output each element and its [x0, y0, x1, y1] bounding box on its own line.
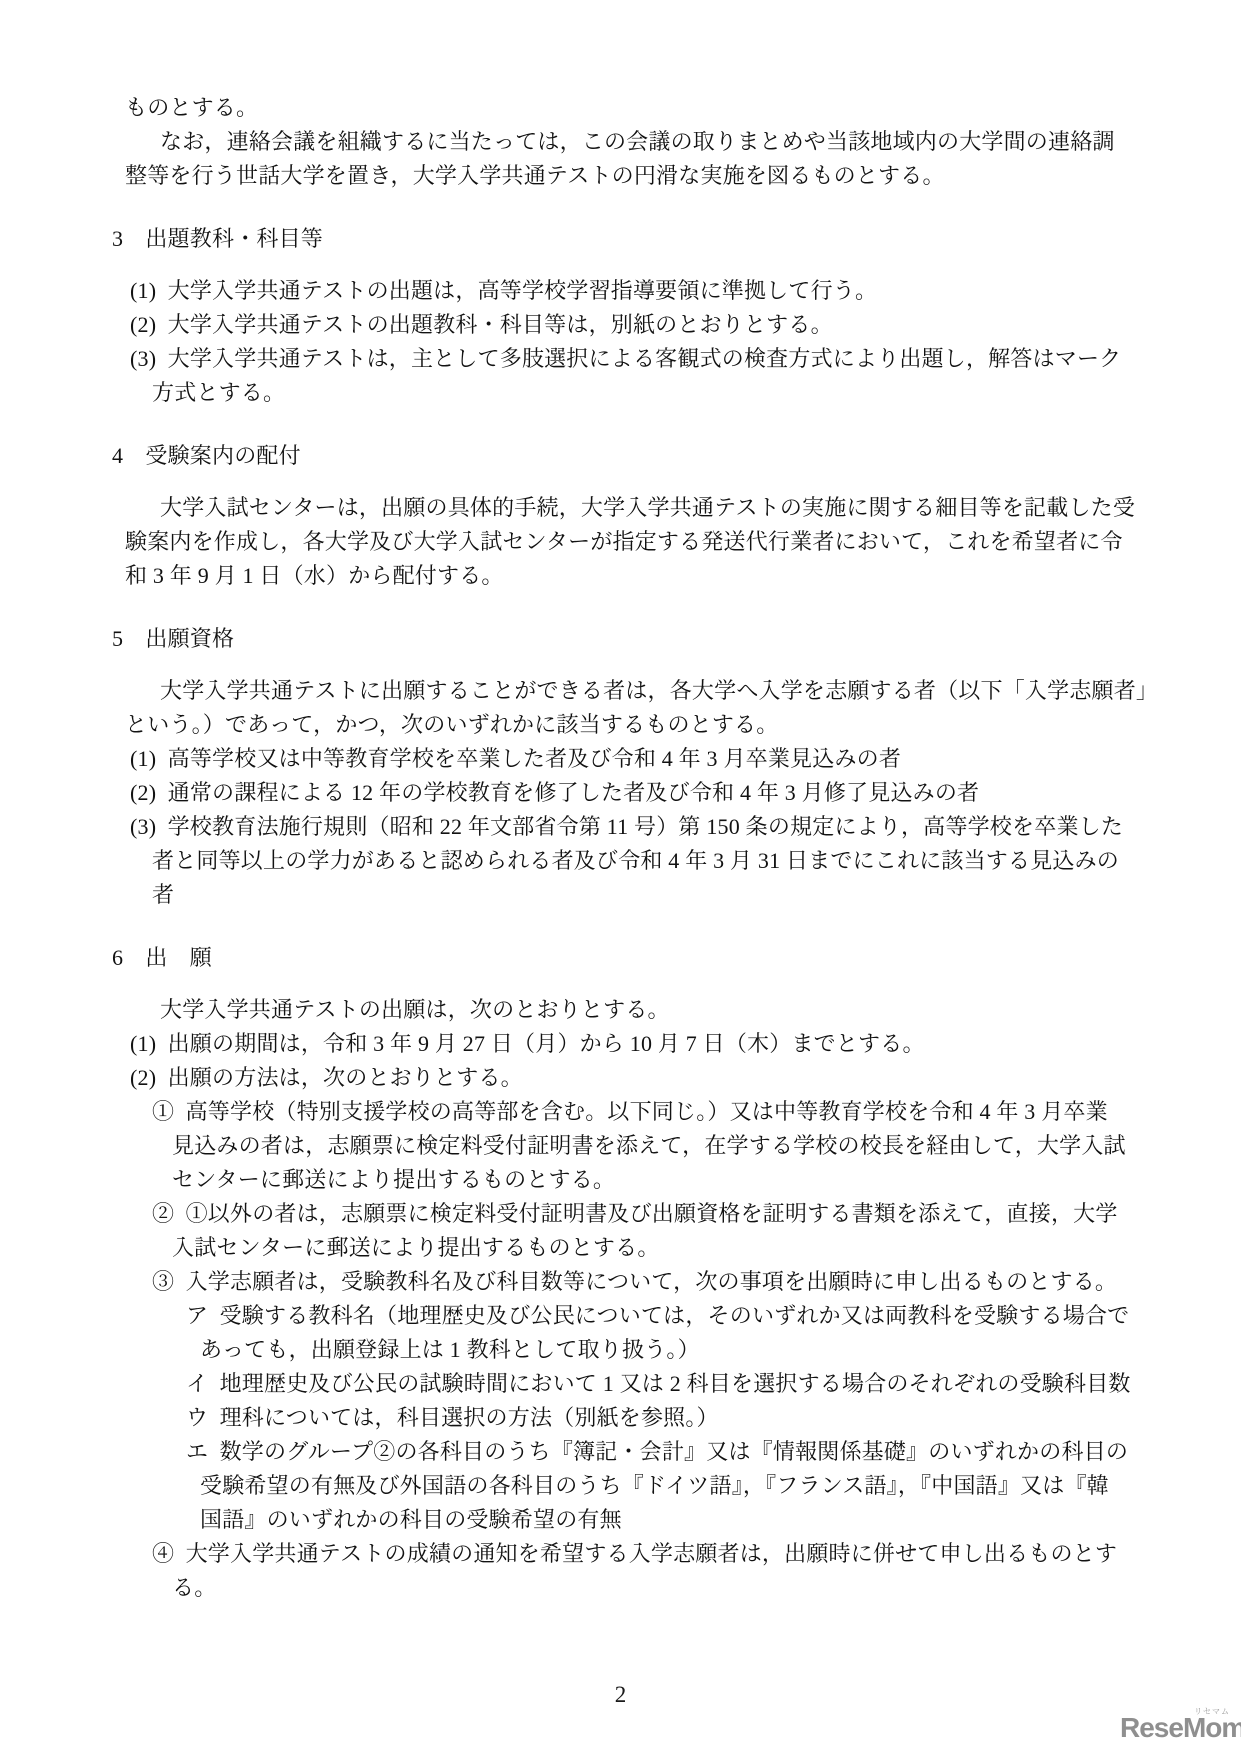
paragraph-continuation: 整等を行う世話大学を置き，大学入学共通テストの円滑な実施を図るものとする。	[0, 159, 1241, 193]
list-item-continuation: センターに郵送により提出するものとする。	[0, 1163, 1241, 1197]
list-item-continuation: 者	[0, 878, 1241, 912]
list-item: ③ 入学志願者は，受験教科名及び科目数等について，次の事項を出願時に申し出るもの…	[0, 1265, 1241, 1299]
list-item-continuation: る。	[0, 1571, 1241, 1605]
list-item: (2) 通常の課程による 12 年の学校教育を修了した者及び令和 4 年 3 月…	[0, 776, 1241, 810]
resemom-watermark: リセマム ReseMom.	[1120, 1704, 1238, 1752]
paragraph-continuation: 和 3 年 9 月 1 日（水）から配付する。	[0, 559, 1241, 593]
list-item-continuation: 方式とする。	[0, 376, 1241, 410]
list-item: ア 受験する教科名（地理歴史及び公民については，そのいずれか又は両教科を受験する…	[0, 1299, 1241, 1333]
list-item: (1) 高等学校又は中等教育学校を卒業した者及び令和 4 年 3 月卒業見込みの…	[0, 742, 1241, 776]
list-item: (2) 大学入学共通テストの出題教科・科目等は，別紙のとおりとする。	[0, 308, 1241, 342]
list-item: (1) 大学入学共通テストの出題は，高等学校学習指導要領に準拠して行う。	[0, 274, 1241, 308]
list-item: (3) 学校教育法施行規則（昭和 22 年文部省令第 11 号）第 150 条の…	[0, 810, 1241, 844]
document-body: ものとする。なお，連絡会議を組織するに当たっては，この会議の取りまとめや当該地域…	[0, 91, 1241, 1605]
list-item: (3) 大学入学共通テストは，主として多肢選択による客観式の検査方式により出題し…	[0, 342, 1241, 376]
list-item: (2) 出願の方法は，次のとおりとする。	[0, 1061, 1241, 1095]
paragraph-line: 大学入学共通テストに出願することができる者は，各大学へ入学を志願する者（以下「入…	[0, 674, 1241, 708]
list-item: ② ①以外の者は，志願票に検定料受付証明書及び出願資格を証明する書類を添えて，直…	[0, 1197, 1241, 1231]
list-item: (1) 出願の期間は，令和 3 年 9 月 27 日（月）から 10 月 7 日…	[0, 1027, 1241, 1061]
paragraph-line: 大学入学共通テストの出願は，次のとおりとする。	[0, 993, 1241, 1027]
paragraph-continuation: 験案内を作成し，各大学及び大学入試センターが指定する発送代行業者において，これを…	[0, 525, 1241, 559]
resemom-watermark-ruby: リセマム	[1194, 1706, 1230, 1717]
page-number: 2	[0, 1680, 1241, 1710]
section-heading: 3 出題教科・科目等	[0, 222, 1241, 256]
list-item-continuation: 者と同等以上の学力があると認められる者及び令和 4 年 3 月 31 日までにこ…	[0, 844, 1241, 878]
section-heading: 5 出願資格	[0, 622, 1241, 656]
list-item-continuation: 受験希望の有無及び外国語の各科目のうち『ドイツ語』，『フランス語』，『中国語』又…	[0, 1469, 1241, 1503]
list-item-continuation: 見込みの者は，志願票に検定料受付証明書を添えて，在学する学校の校長を経由して，大…	[0, 1129, 1241, 1163]
list-item: ① 高等学校（特別支援学校の高等部を含む。以下同じ。）又は中等教育学校を令和 4…	[0, 1095, 1241, 1129]
list-item: エ 数学のグループ②の各科目のうち『簿記・会計』又は『情報関係基礎』のいずれかの…	[0, 1435, 1241, 1469]
section-heading: 4 受験案内の配付	[0, 439, 1241, 473]
paragraph-continuation: ものとする。	[0, 91, 1241, 125]
list-item: ④ 大学入学共通テストの成績の通知を希望する入学志願者は，出願時に併せて申し出る…	[0, 1537, 1241, 1571]
list-item-continuation: あっても，出願登録上は 1 教科として取り扱う。）	[0, 1333, 1241, 1367]
paragraph-line: 大学入試センターは，出願の具体的手続，大学入学共通テストの実施に関する細目等を記…	[0, 491, 1241, 525]
section-heading: 6 出 願	[0, 941, 1241, 975]
list-item-continuation: 国語』のいずれかの科目の受験希望の有無	[0, 1503, 1241, 1537]
document-page: ものとする。なお，連絡会議を組織するに当たっては，この会議の取りまとめや当該地域…	[0, 0, 1241, 1754]
list-item: イ 地理歴史及び公民の試験時間において 1 又は 2 科目を選択する場合のそれぞ…	[0, 1367, 1241, 1401]
list-item-continuation: 入試センターに郵送により提出するものとする。	[0, 1231, 1241, 1265]
list-item: ウ 理科については，科目選択の方法（別紙を参照。）	[0, 1401, 1241, 1435]
paragraph-continuation: という。）であって，かつ，次のいずれかに該当するものとする。	[0, 708, 1241, 742]
paragraph-line: なお，連絡会議を組織するに当たっては，この会議の取りまとめや当該地域内の大学間の…	[0, 125, 1241, 159]
